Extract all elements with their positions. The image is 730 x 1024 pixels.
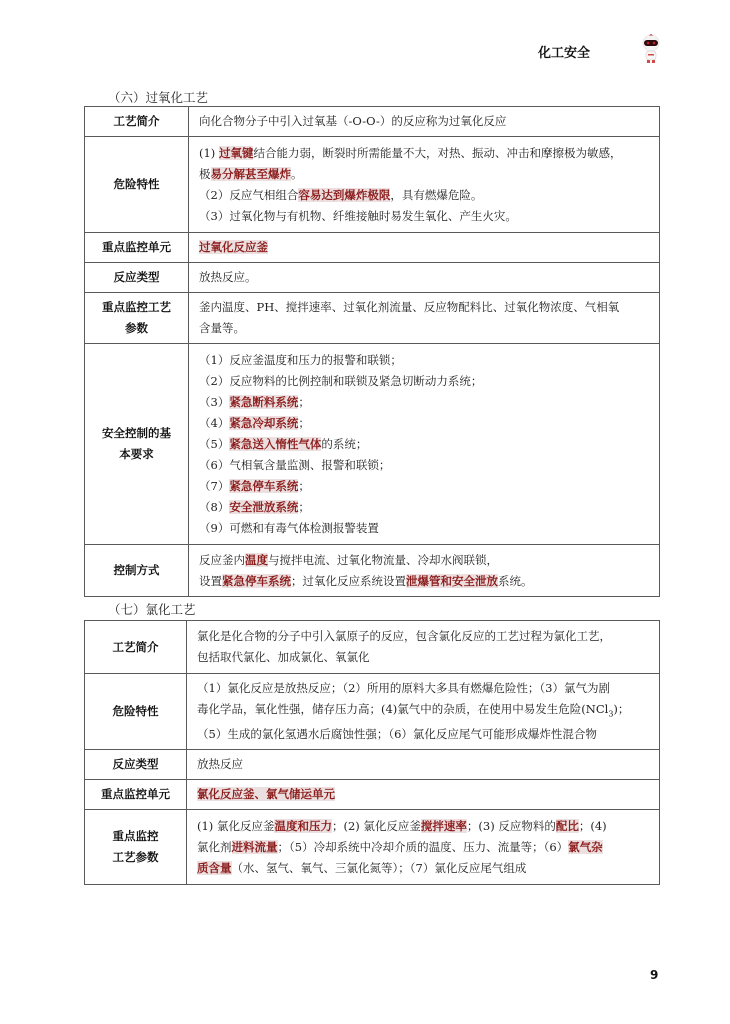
text-segment: 含量等。 <box>199 321 245 335</box>
content-line: （6）气相氧含量监测、报警和联锁； <box>199 455 651 476</box>
label-line: 重点监控 <box>89 826 182 847</box>
text-segment: （5） <box>199 437 229 451</box>
content-line: 向化合物分子中引入过氧基（-O-O-）的反应称为过氧化反应 <box>199 111 651 132</box>
content-line: （1）反应釜温度和压力的报警和联锁； <box>199 350 651 371</box>
text-segment: ，具有燃爆危险。 <box>390 188 482 202</box>
content-line: 反应釜内温度与搅拌电流、过氧化物流量、冷却水阀联锁， <box>199 550 651 571</box>
row-label: 重点监控工艺参数 <box>85 810 187 885</box>
content-line: 极易分解甚至爆炸。 <box>199 164 651 185</box>
content-line: （7）紧急停车系统； <box>199 476 651 497</box>
row-label: 控制方式 <box>85 545 189 597</box>
content-line: （9）可燃和有毒气体检测报警装置 <box>199 518 651 539</box>
text-segment: ；（5）冷却系统中冷却介质的温度、压力、流量等；（6） <box>278 840 569 854</box>
table-row: 危险特性 (1) 过氧键结合能力弱，断裂时所需能量不大，对热、振动、冲击和摩擦极… <box>85 137 660 233</box>
content-line: 放热反应 <box>197 754 651 775</box>
content-line: 氯化剂进料流量；（5）冷却系统中冷却介质的温度、压力、流量等；（6）氯气杂 <box>197 837 651 858</box>
text-segment: 反应釜内 <box>199 553 245 567</box>
table-row: 反应类型 放热反应。 <box>85 263 660 293</box>
content-line: 质含量（水、氢气、氧气、三氯化氮等）；（7）氯化反应尾气组成 <box>197 858 651 879</box>
row-content: 釜内温度、PH、搅拌速率、过氧化剂流量、反应物配料比、过氧化物浓度、气相氧含量等… <box>189 293 660 344</box>
table-row: 控制方式 反应釜内温度与搅拌电流、过氧化物流量、冷却水阀联锁，设置紧急停车系统；… <box>85 545 660 597</box>
row-label: 危险特性 <box>85 137 189 233</box>
content-line: (1) 过氧键结合能力弱，断裂时所需能量不大，对热、振动、冲击和摩擦极为敏感， <box>199 143 651 164</box>
label-line: 安全控制的基 <box>89 423 184 444</box>
row-content: 反应釜内温度与搅拌电流、过氧化物流量、冷却水阀联锁，设置紧急停车系统；过氧化反应… <box>189 545 660 597</box>
text-segment: 与搅拌电流、过氧化物流量、冷却水阀联锁， <box>268 553 498 567</box>
table-row: 危险特性 （1）氯化反应是放热反应；（2）所用的原料大多具有燃爆危险性；（3）氯… <box>85 674 660 750</box>
text-segment: 氯化是化合物的分子中引入氯原子的反应，包含氯化反应的工艺过程为氯化工艺， <box>197 629 611 643</box>
content-line: 毒化学品，氧化性强，储存压力高；(4)氯气中的杂质，在使用中易发生危险(NCl3… <box>197 699 651 724</box>
row-label: 重点监控单元 <box>85 233 189 263</box>
content-line: 氯化是化合物的分子中引入氯原子的反应，包含氯化反应的工艺过程为氯化工艺， <box>197 626 651 647</box>
text-segment: （3） <box>199 395 229 409</box>
table-row: 重点监控工艺参数 釜内温度、PH、搅拌速率、过氧化剂流量、反应物配料比、过氧化物… <box>85 293 660 344</box>
text-segment: )； <box>613 702 629 716</box>
text-segment: （5）生成的氯化氢遇水后腐蚀性强；（6）氯化反应尾气可能形成爆炸性混合物 <box>197 727 597 741</box>
highlighted-keyword: 紧急断料系统 <box>229 395 298 409</box>
text-segment: (1) 氯化反应釜 <box>197 819 274 833</box>
text-segment: （4） <box>199 416 229 430</box>
row-content: 氯化反应釜、氯气储运单元 <box>187 780 660 810</box>
text-segment: （2）反应物料的比例控制和联锁及紧急切断动力系统； <box>199 374 482 388</box>
text-segment: ； <box>298 500 310 514</box>
content-line: （2）反应物料的比例控制和联锁及紧急切断动力系统； <box>199 371 651 392</box>
content-line: （1）氯化反应是放热反应；（2）所用的原料大多具有燃爆危险性；（3）氯气为剧 <box>197 678 651 699</box>
chlorination-process-table: 工艺简介 氯化是化合物的分子中引入氯原子的反应，包含氯化反应的工艺过程为氯化工艺… <box>84 620 660 885</box>
row-label: 工艺简介 <box>85 107 189 137</box>
content-line: （3）紧急断料系统； <box>199 392 651 413</box>
text-segment: (1) <box>199 146 219 160</box>
content-line: 氯化反应釜、氯气储运单元 <box>197 784 651 805</box>
highlighted-keyword: 温度 <box>245 553 268 567</box>
text-segment: ； <box>298 416 310 430</box>
row-label: 反应类型 <box>85 263 189 293</box>
label-line: 参数 <box>89 318 184 339</box>
row-content: 过氧化反应釜 <box>189 233 660 263</box>
content-line: （4）紧急冷却系统； <box>199 413 651 434</box>
page-number: 9 <box>650 968 658 982</box>
row-content: 放热反应 <box>187 750 660 780</box>
text-segment: ；(4) <box>579 819 607 833</box>
text-segment: 。 <box>291 167 303 181</box>
label-line: 工艺参数 <box>89 847 182 868</box>
row-label: 安全控制的基本要求 <box>85 344 189 545</box>
header-title: 化工安全 <box>538 42 590 61</box>
highlighted-keyword: 安全泄放系统 <box>229 500 298 514</box>
row-content: (1) 氯化反应釜温度和压力；(2) 氯化反应釜搅拌速率；(3) 反应物料的配比… <box>187 810 660 885</box>
text-segment: 极 <box>199 167 211 181</box>
highlighted-keyword: 紧急停车系统 <box>222 574 291 588</box>
table-row: 安全控制的基本要求 （1）反应釜温度和压力的报警和联锁；（2）反应物料的比例控制… <box>85 344 660 545</box>
text-segment: （3）过氧化物与有机物、纤维接触时易发生氧化、产生火灾。 <box>199 209 517 223</box>
text-segment: （7） <box>199 479 229 493</box>
peroxidation-process-table: 工艺简介 向化合物分子中引入过氧基（-O-O-）的反应称为过氧化反应 危险特性 … <box>84 106 660 597</box>
table-row: 重点监控工艺参数 (1) 氯化反应釜温度和压力；(2) 氯化反应釜搅拌速率；(3… <box>85 810 660 885</box>
robot-mascot-icon <box>640 34 662 64</box>
content-line: 过氧化反应釜 <box>199 237 651 258</box>
text-segment: 系统。 <box>498 574 533 588</box>
highlighted-keyword: 进料流量 <box>232 840 278 854</box>
text-segment: ； <box>298 395 310 409</box>
text-segment: （2）反应气相组合 <box>199 188 298 202</box>
label-line: 本要求 <box>89 444 184 465</box>
highlighted-keyword: 温度和压力 <box>274 819 332 833</box>
table-row: 重点监控单元 过氧化反应釜 <box>85 233 660 263</box>
highlighted-keyword: 紧急冷却系统 <box>229 416 298 430</box>
text-segment: 设置 <box>199 574 222 588</box>
text-segment: （9）可燃和有毒气体检测报警装置 <box>199 521 379 535</box>
section-title-peroxidation: （六）过氧化工艺 <box>108 88 208 106</box>
content-line: 放热反应。 <box>199 267 651 288</box>
row-content: (1) 过氧键结合能力弱，断裂时所需能量不大，对热、振动、冲击和摩擦极为敏感，极… <box>189 137 660 233</box>
content-line: 釜内温度、PH、搅拌速率、过氧化剂流量、反应物配料比、过氧化物浓度、气相氧 <box>199 297 651 318</box>
row-label: 危险特性 <box>85 674 187 750</box>
row-label: 工艺简介 <box>85 621 187 674</box>
table-row: 工艺简介 向化合物分子中引入过氧基（-O-O-）的反应称为过氧化反应 <box>85 107 660 137</box>
text-segment: 放热反应 <box>197 757 243 771</box>
table-row: 反应类型 放热反应 <box>85 750 660 780</box>
row-content: （1）反应釜温度和压力的报警和联锁；（2）反应物料的比例控制和联锁及紧急切断动力… <box>189 344 660 545</box>
content-line: 设置紧急停车系统；过氧化反应系统设置泄爆管和安全泄放系统。 <box>199 571 651 592</box>
text-segment: （水、氢气、氧气、三氯化氮等）；（7）氯化反应尾气组成 <box>232 861 527 875</box>
highlighted-keyword: 氯化反应釜、氯气储运单元 <box>197 787 335 801</box>
table-row: 重点监控单元 氯化反应釜、氯气储运单元 <box>85 780 660 810</box>
row-content: 放热反应。 <box>189 263 660 293</box>
text-segment: 釜内温度、PH、搅拌速率、过氧化剂流量、反应物配料比、过氧化物浓度、气相氧 <box>199 300 619 314</box>
text-segment: 结合能力弱，断裂时所需能量不大，对热、振动、冲击和摩擦极为敏感， <box>253 146 621 160</box>
content-line: （5）紧急送入惰性气体的系统； <box>199 434 651 455</box>
content-line: (1) 氯化反应釜温度和压力；(2) 氯化反应釜搅拌速率；(3) 反应物料的配比… <box>197 816 651 837</box>
text-segment: ；过氧化反应系统设置 <box>291 574 406 588</box>
highlighted-keyword: 紧急停车系统 <box>229 479 298 493</box>
highlighted-keyword: 泄爆管和安全泄放 <box>406 574 498 588</box>
highlighted-keyword: 搅拌速率 <box>421 819 467 833</box>
highlighted-keyword: 配比 <box>556 819 579 833</box>
content-line: （3）过氧化物与有机物、纤维接触时易发生氧化、产生火灾。 <box>199 206 651 227</box>
content-line: 包括取代氯化、加成氯化、氧氯化 <box>197 647 651 668</box>
text-segment: ；(2) 氯化反应釜 <box>332 819 421 833</box>
text-segment: （1）反应釜温度和压力的报警和联锁； <box>199 353 402 367</box>
content-line: （8）安全泄放系统； <box>199 497 651 518</box>
highlighted-keyword: 易分解甚至爆炸 <box>211 167 292 181</box>
text-segment: （8） <box>199 500 229 514</box>
text-segment: 向化合物分子中引入过氧基（-O-O-）的反应称为过氧化反应 <box>199 114 506 128</box>
text-segment: （1）氯化反应是放热反应；（2）所用的原料大多具有燃爆危险性；（3）氯气为剧 <box>197 681 610 695</box>
row-label: 重点监控单元 <box>85 780 187 810</box>
highlighted-keyword: 容易达到爆炸极限 <box>298 188 390 202</box>
text-segment: ； <box>298 479 310 493</box>
text-segment: ；(3) 反应物料的 <box>467 819 556 833</box>
row-content: 向化合物分子中引入过氧基（-O-O-）的反应称为过氧化反应 <box>189 107 660 137</box>
text-segment: （6）气相氧含量监测、报警和联锁； <box>199 458 390 472</box>
row-content: 氯化是化合物的分子中引入氯原子的反应，包含氯化反应的工艺过程为氯化工艺，包括取代… <box>187 621 660 674</box>
row-label: 重点监控工艺参数 <box>85 293 189 344</box>
highlighted-keyword: 质含量 <box>197 861 232 875</box>
table-row: 工艺简介 氯化是化合物的分子中引入氯原子的反应，包含氯化反应的工艺过程为氯化工艺… <box>85 621 660 674</box>
section-title-chlorination: （七）氯化工艺 <box>108 600 196 618</box>
row-content: （1）氯化反应是放热反应；（2）所用的原料大多具有燃爆危险性；（3）氯气为剧毒化… <box>187 674 660 750</box>
row-label: 反应类型 <box>85 750 187 780</box>
highlighted-keyword: 过氧化反应釜 <box>199 240 268 254</box>
text-segment: 毒化学品，氧化性强，储存压力高；(4)氯气中的杂质，在使用中易发生危险(NCl <box>197 702 608 716</box>
label-line: 重点监控工艺 <box>89 297 184 318</box>
text-segment: 的系统； <box>321 437 367 451</box>
highlighted-keyword: 过氧键 <box>219 146 254 160</box>
highlighted-keyword: 氯气杂 <box>568 840 603 854</box>
text-segment: 放热反应。 <box>199 270 257 284</box>
content-line: 含量等。 <box>199 318 651 339</box>
content-line: （2）反应气相组合容易达到爆炸极限，具有燃爆危险。 <box>199 185 651 206</box>
text-segment: 包括取代氯化、加成氯化、氧氯化 <box>197 650 370 664</box>
text-segment: 氯化剂 <box>197 840 232 854</box>
content-line: （5）生成的氯化氢遇水后腐蚀性强；（6）氯化反应尾气可能形成爆炸性混合物 <box>197 724 651 745</box>
highlighted-keyword: 紧急送入惰性气体 <box>229 437 321 451</box>
